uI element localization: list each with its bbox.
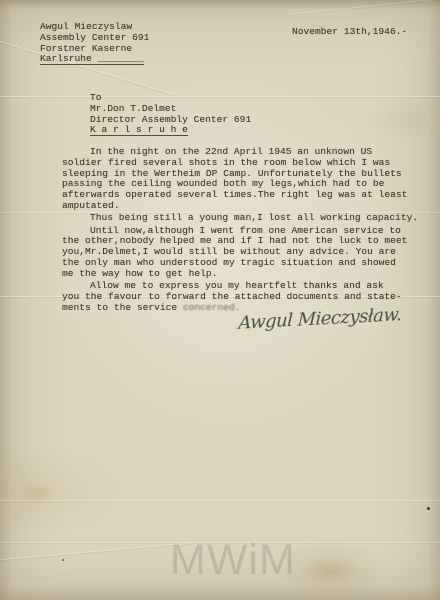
body-line: me the way how to get help. <box>62 269 418 280</box>
ink-fleck <box>62 559 64 561</box>
recipient-block: To Mr.Don T.Delmet Director Assembly Cen… <box>90 93 251 136</box>
paper-crease <box>290 0 440 17</box>
letter-date: November 13th,1946.- <box>292 27 407 38</box>
paragraph-1: In the night on the 22nd April 1945 an u… <box>62 147 418 212</box>
closing-text: ments to the service <box>62 302 183 313</box>
body-line: soldier fired several shots in the room … <box>62 158 418 169</box>
paper-stain <box>18 482 58 504</box>
faint-dots-artifact: ····· <box>288 262 317 271</box>
sender-org: Assembly Center 691 <box>40 33 149 44</box>
paper-crease <box>0 500 440 503</box>
body-line: Thus being still a young man,I lost all … <box>62 213 418 224</box>
ink-fleck <box>427 507 430 510</box>
recipient-city: K a r l s r u h e <box>90 124 188 136</box>
watermark: MWiM <box>170 536 296 585</box>
sender-city: Karlsruhe ________ <box>40 53 144 65</box>
recipient-name: Mr.Don T.Delmet <box>90 104 251 115</box>
paper-stain <box>300 558 360 584</box>
scanned-letter-page: Awgul Mieczyslaw Assembly Center 691 For… <box>0 0 440 600</box>
paper-crease <box>0 543 192 563</box>
paragraph-3: Until now,although I went from one Ameri… <box>62 226 418 280</box>
sender-block: Awgul Mieczyslaw Assembly Center 691 For… <box>40 22 149 65</box>
letter-body: In the night on the 22nd April 1945 an u… <box>62 147 418 315</box>
smudged-word: concerned. <box>183 302 241 313</box>
body-line: amputated. <box>62 201 418 212</box>
paragraph-2: Thus being still a young man,I lost all … <box>62 213 418 224</box>
